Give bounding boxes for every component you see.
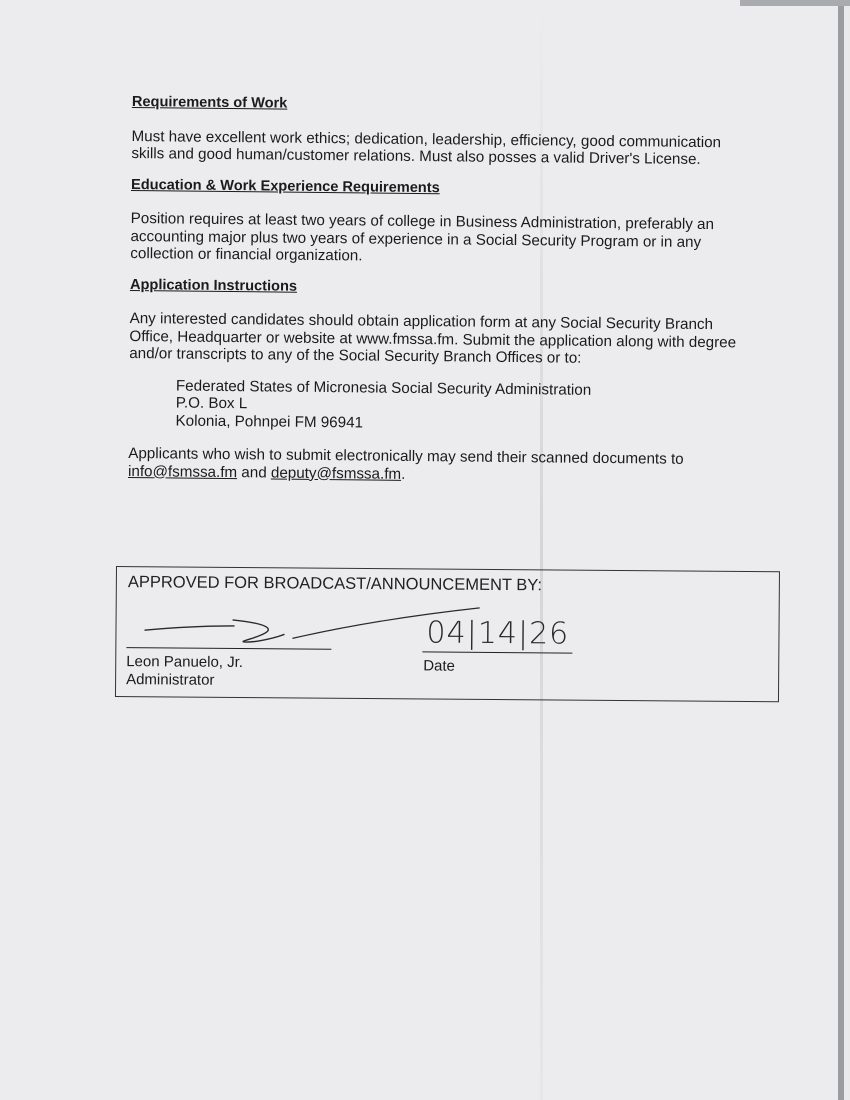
date-line xyxy=(422,651,572,653)
section-text: Any interested candidates should obtain … xyxy=(129,310,740,369)
handwritten-date: 04|14|26 xyxy=(426,615,569,651)
signer-block: Leon Panuelo, Jr. Administrator xyxy=(126,653,243,690)
email-link-deputy[interactable]: deputy@fsmssa.fm xyxy=(271,464,401,482)
section-heading: Application Instructions xyxy=(130,276,740,300)
section-heading: Requirements of Work xyxy=(132,94,742,118)
section-requirements-of-work: Requirements of Work Must have excellent… xyxy=(131,94,742,169)
approval-box: APPROVED FOR BROADCAST/ANNOUNCEMENT BY: … xyxy=(115,566,780,702)
section-heading: Education & Work Experience Requirements xyxy=(131,176,741,200)
section-text: Must have excellent work ethics; dedicat… xyxy=(131,127,741,168)
signer-title: Administrator xyxy=(126,671,243,690)
section-text: Position requires at least two years of … xyxy=(130,210,741,269)
signer-name: Leon Panuelo, Jr. xyxy=(126,653,243,672)
signature-line xyxy=(126,647,331,650)
mailing-address: Federated States of Micronesia Social Se… xyxy=(175,377,739,435)
scanned-page: Requirements of Work Must have excellent… xyxy=(0,0,844,1100)
date-label: Date xyxy=(423,657,455,674)
section-education-experience: Education & Work Experience Requirements… xyxy=(130,176,741,268)
document-body: Requirements of Work Must have excellent… xyxy=(128,94,742,500)
electronic-text: and xyxy=(237,464,271,481)
section-application-instructions: Application Instructions Any interested … xyxy=(129,276,740,368)
approval-title: APPROVED FOR BROADCAST/ANNOUNCEMENT BY: xyxy=(128,573,542,595)
electronic-submission-text: Applicants who wish to submit electronic… xyxy=(128,445,738,486)
electronic-text: . xyxy=(401,465,405,482)
email-link-info[interactable]: info@fsmssa.fm xyxy=(128,462,237,480)
scan-edge xyxy=(740,0,850,6)
